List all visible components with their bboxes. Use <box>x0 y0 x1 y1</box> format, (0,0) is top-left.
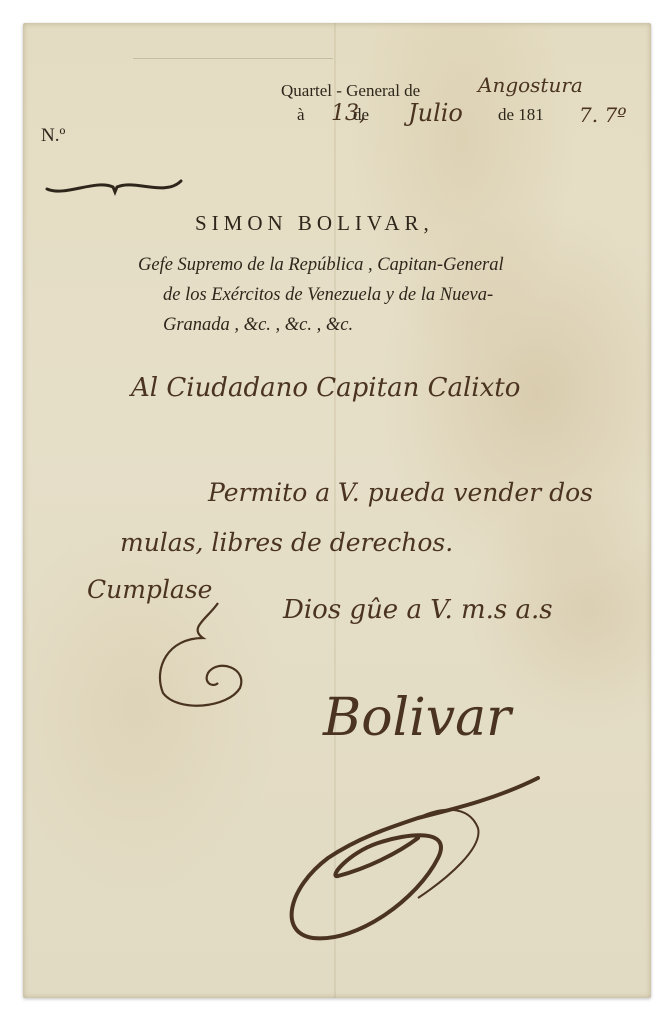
header-printed-a: à <box>297 105 305 125</box>
fold-crease <box>133 58 333 59</box>
handwritten-addressee: Al Ciudadano Capitan Calixto <box>131 373 520 403</box>
header-handwritten-year: 7. 7º <box>579 103 627 127</box>
header-handwritten-place: Angostura <box>478 73 583 97</box>
handwritten-body-line-1: Permito a V. pueda vender dos <box>208 478 593 507</box>
printed-flourish-icon <box>45 175 185 197</box>
letterhead-subtitle-2: de los Exércitos de Venezuela y de la Nu… <box>163 285 493 306</box>
header-printed-year: de 181 <box>498 105 544 125</box>
letterhead-subtitle-1: Gefe Supremo de la República , Capitan-G… <box>138 255 504 276</box>
handwritten-body-line-2: mulas, libres de derechos. <box>120 528 453 557</box>
signature-rubric-icon <box>268 758 548 948</box>
letterhead-title: SIMON BOLIVAR, <box>195 211 434 236</box>
letterhead-subtitle-3: Granada , &c. , &c. , &c. <box>163 315 353 336</box>
header-printed-location: Quartel - General de <box>281 81 420 101</box>
signature: Bolivar <box>323 688 511 748</box>
document-paper: Quartel - General de Angostura à 13, de … <box>23 23 651 998</box>
number-label: N.º <box>41 125 65 147</box>
header-printed-de: de <box>353 105 369 125</box>
header-handwritten-month: Julio <box>408 99 463 127</box>
small-rubric-icon <box>148 598 258 718</box>
handwritten-closing: Dios gûe a V. m.s a.s <box>283 595 553 625</box>
